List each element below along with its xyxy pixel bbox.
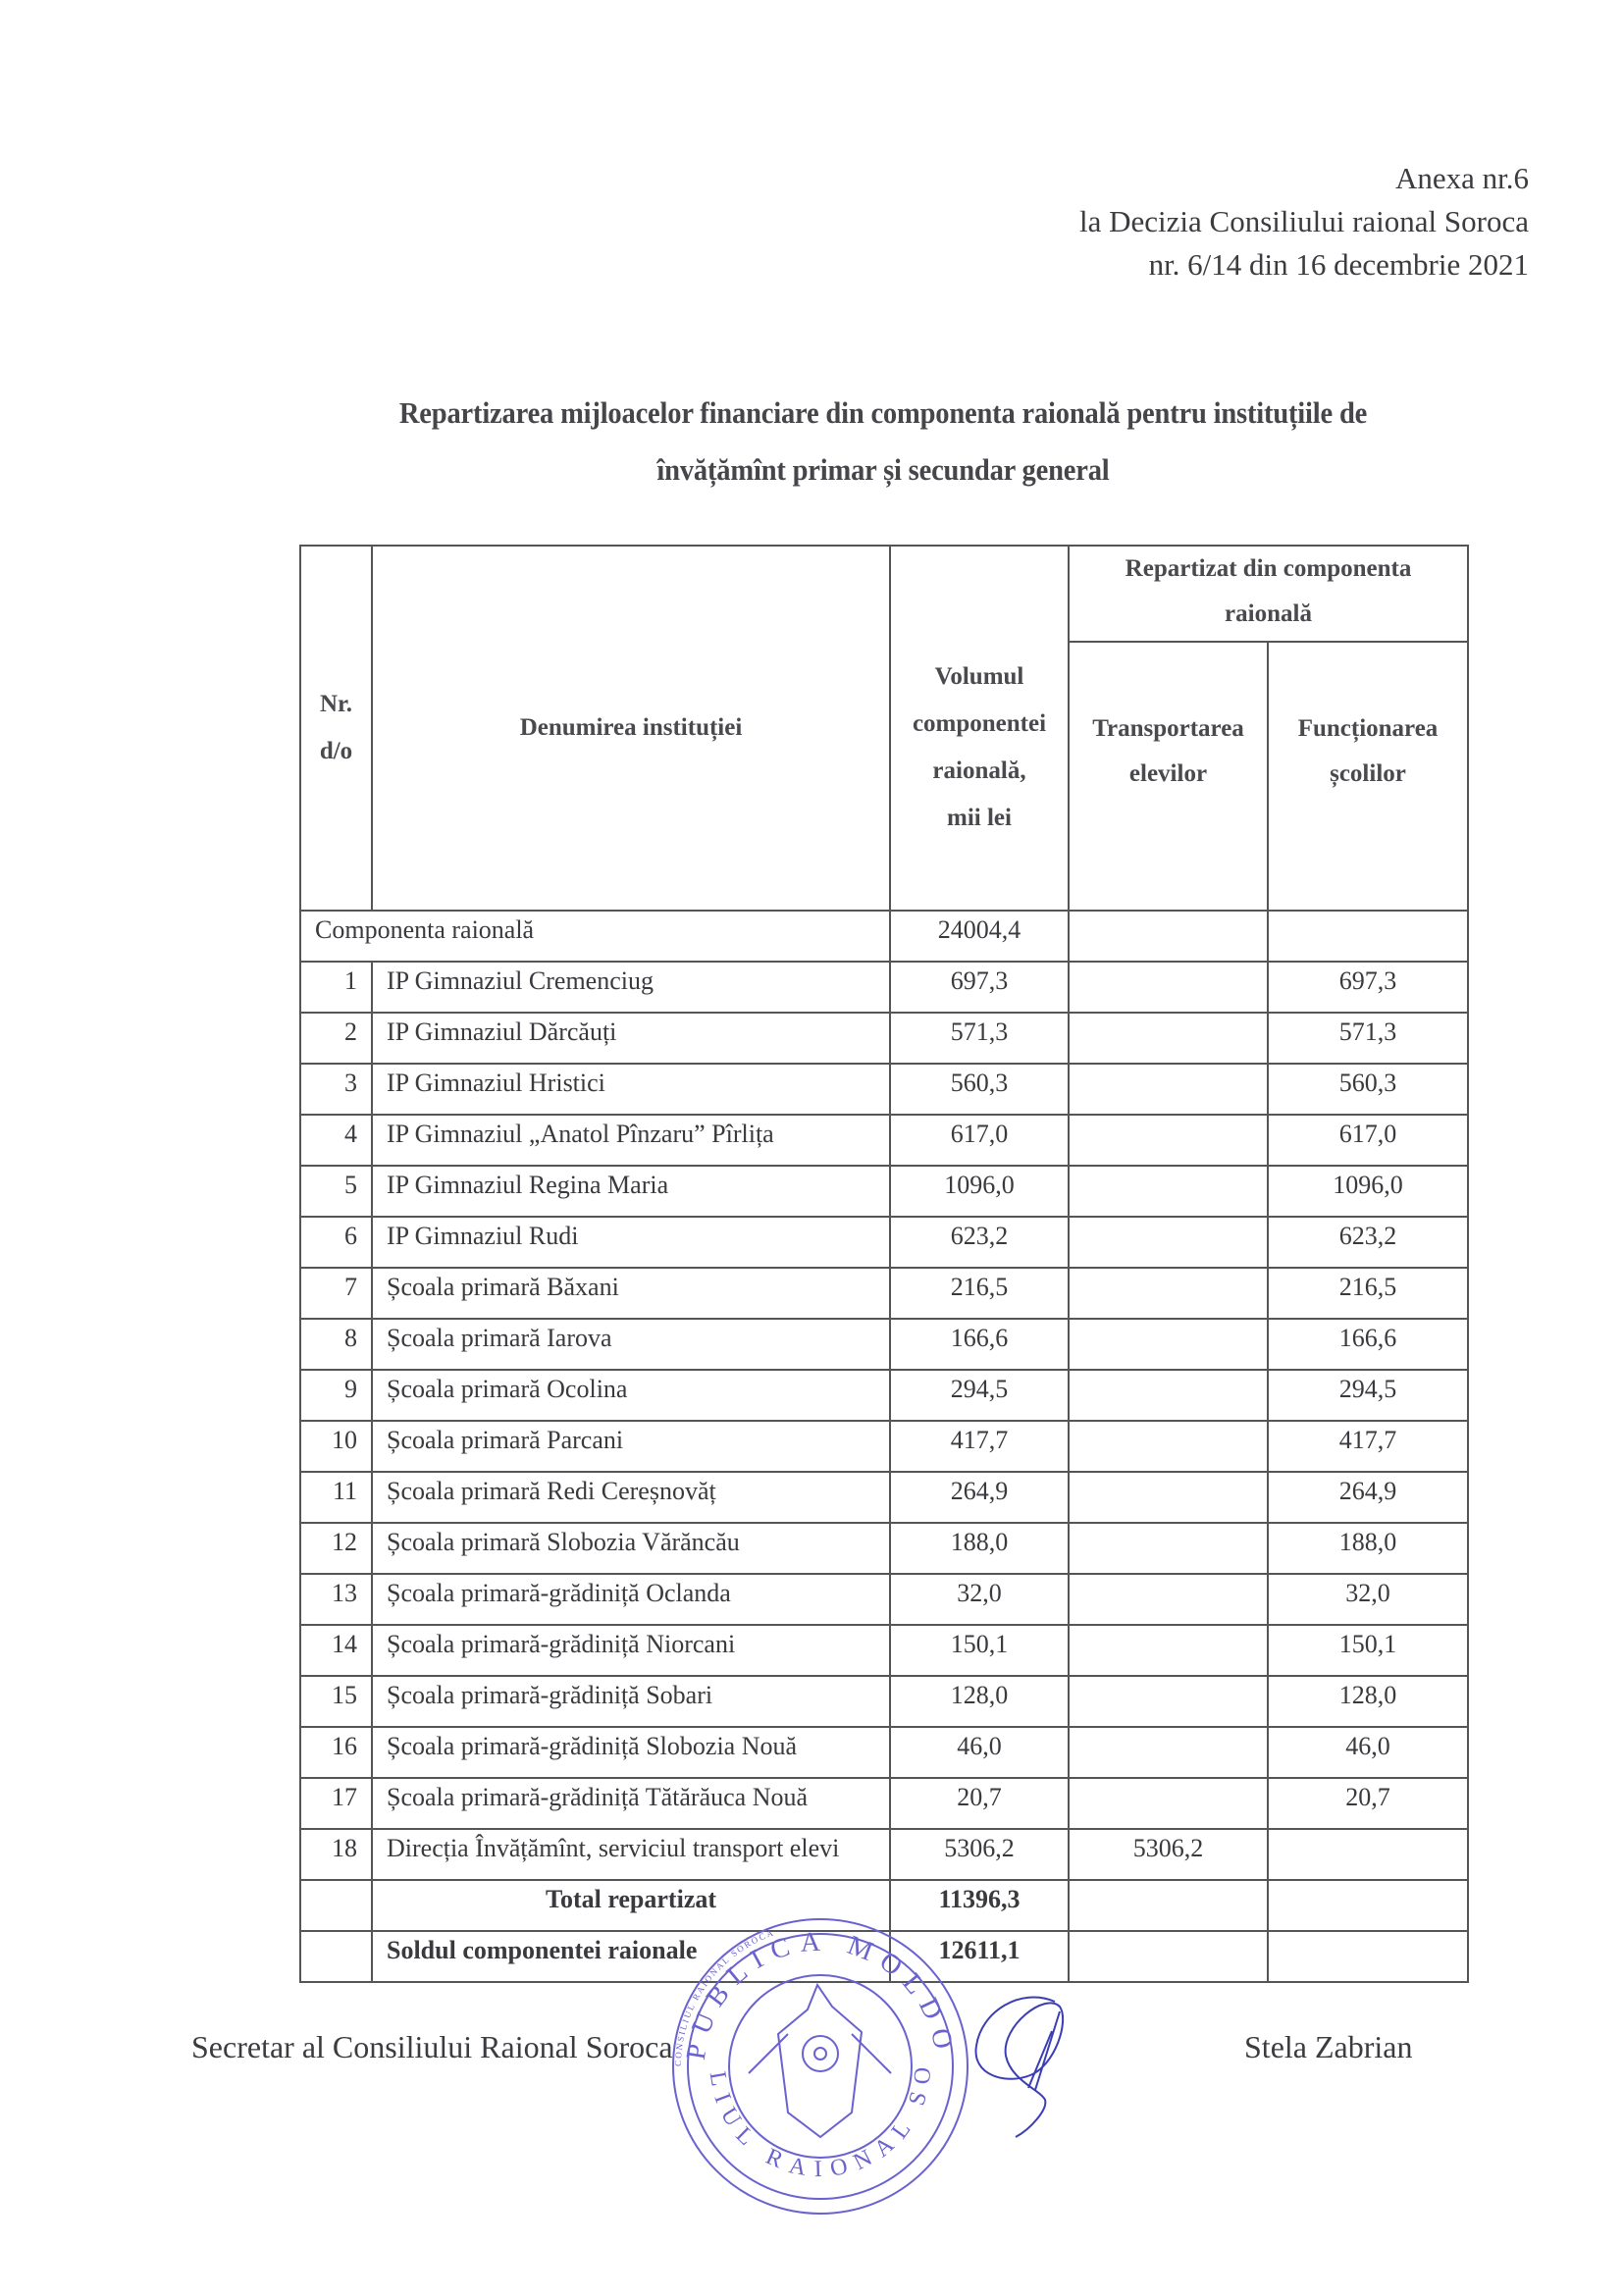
institution-name: IP Gimnaziul Dărcăuți bbox=[372, 1013, 890, 1064]
functioning-value: 166,6 bbox=[1268, 1319, 1468, 1370]
header-volume-line1: Volumul bbox=[891, 653, 1068, 701]
table-row: 16Școala primară-grădiniță Slobozia Nouă… bbox=[300, 1727, 1468, 1778]
annex-reference: Anexa nr.6 la Decizia Consiliului raiona… bbox=[1079, 157, 1529, 287]
table-row: 9Școala primară Ocolina294,5294,5 bbox=[300, 1370, 1468, 1421]
transport-value bbox=[1069, 962, 1268, 1013]
table-row: 4IP Gimnaziul „Anatol Pînzaru” Pîrlița61… bbox=[300, 1115, 1468, 1166]
volume-value: 5306,2 bbox=[890, 1829, 1069, 1880]
transport-value bbox=[1069, 1574, 1268, 1625]
component-label: Componenta raională bbox=[300, 911, 890, 962]
institution-name: IP Gimnaziul Rudi bbox=[372, 1217, 890, 1268]
functioning-value: 697,3 bbox=[1268, 962, 1468, 1013]
transport-value bbox=[1069, 1472, 1268, 1523]
header-group: Repartizat din componenta raională bbox=[1069, 546, 1468, 642]
header-volume-line2: componentei bbox=[891, 701, 1068, 748]
institution-name: Direcția Învățămînt, serviciul transport… bbox=[372, 1829, 890, 1880]
institution-name: Școala primară Băxani bbox=[372, 1268, 890, 1319]
row-number: 18 bbox=[300, 1829, 372, 1880]
handwritten-signature-icon bbox=[962, 1972, 1089, 2139]
row-number: 2 bbox=[300, 1013, 372, 1064]
functioning-value: 417,7 bbox=[1268, 1421, 1468, 1472]
header-transport-line1: Transportarea bbox=[1070, 706, 1267, 752]
header-transport: Transportarea elevilor bbox=[1069, 642, 1268, 911]
functioning-value: 571,3 bbox=[1268, 1013, 1468, 1064]
volume-value: 571,3 bbox=[890, 1013, 1069, 1064]
row-number: 16 bbox=[300, 1727, 372, 1778]
functioning-value: 32,0 bbox=[1268, 1574, 1468, 1625]
transport-value bbox=[1069, 1421, 1268, 1472]
header-transport-line2: elevilor bbox=[1070, 752, 1267, 797]
transport-value bbox=[1069, 1676, 1268, 1727]
table-row: 14Școala primară-grădiniță Niorcani150,1… bbox=[300, 1625, 1468, 1676]
empty-cell bbox=[1069, 1880, 1268, 1931]
functioning-value: 617,0 bbox=[1268, 1115, 1468, 1166]
document-title: Repartizarea mijloacelor financiare din … bbox=[341, 385, 1425, 498]
row-number: 15 bbox=[300, 1676, 372, 1727]
annex-date: nr. 6/14 din 16 decembrie 2021 bbox=[1079, 243, 1529, 287]
functioning-value: 188,0 bbox=[1268, 1523, 1468, 1574]
transport-value bbox=[1069, 1727, 1268, 1778]
volume-value: 216,5 bbox=[890, 1268, 1069, 1319]
table-row: 8Școala primară Iarova166,6166,6 bbox=[300, 1319, 1468, 1370]
functioning-value bbox=[1268, 1829, 1468, 1880]
annex-decision: la Decizia Consiliului raional Soroca bbox=[1079, 200, 1529, 243]
row-number: 13 bbox=[300, 1574, 372, 1625]
empty-cell bbox=[1268, 1880, 1468, 1931]
row-number: 8 bbox=[300, 1319, 372, 1370]
institution-name: Școala primară-grădiniță Sobari bbox=[372, 1676, 890, 1727]
functioning-value: 294,5 bbox=[1268, 1370, 1468, 1421]
header-group-line2: raională bbox=[1070, 592, 1467, 637]
row-number: 12 bbox=[300, 1523, 372, 1574]
row-number: 17 bbox=[300, 1778, 372, 1829]
table-row: 12Școala primară Slobozia Vărăncău188,01… bbox=[300, 1523, 1468, 1574]
header-group-line1: Repartizat din componenta bbox=[1070, 547, 1467, 592]
title-line-2: învățămînt primar și secundar general bbox=[341, 442, 1425, 498]
institution-name: IP Gimnaziul „Anatol Pînzaru” Pîrlița bbox=[372, 1115, 890, 1166]
transport-value bbox=[1069, 1370, 1268, 1421]
table-row: 2IP Gimnaziul Dărcăuți571,3571,3 bbox=[300, 1013, 1468, 1064]
official-stamp-icon: REPUBLICA MOLDOVA CONSILIUL RAIONAL SORO… bbox=[670, 1916, 970, 2217]
table-row: 5IP Gimnaziul Regina Maria1096,01096,0 bbox=[300, 1166, 1468, 1217]
volume-value: 617,0 bbox=[890, 1115, 1069, 1166]
empty-cell bbox=[300, 1880, 372, 1931]
row-number: 1 bbox=[300, 962, 372, 1013]
header-functioning: Funcționarea școlilor bbox=[1268, 642, 1468, 911]
allocation-table: Nr. d/o Denumirea instituției Volumul co… bbox=[299, 545, 1469, 1983]
row-number: 5 bbox=[300, 1166, 372, 1217]
volume-value: 166,6 bbox=[890, 1319, 1069, 1370]
row-number: 7 bbox=[300, 1268, 372, 1319]
functioning-value: 46,0 bbox=[1268, 1727, 1468, 1778]
institution-name: Școala primară Iarova bbox=[372, 1319, 890, 1370]
functioning-value: 150,1 bbox=[1268, 1625, 1468, 1676]
title-line-1: Repartizarea mijloacelor financiare din … bbox=[341, 385, 1425, 442]
volume-value: 623,2 bbox=[890, 1217, 1069, 1268]
volume-value: 294,5 bbox=[890, 1370, 1069, 1421]
institution-name: Școala primară-grădiniță Slobozia Nouă bbox=[372, 1727, 890, 1778]
row-number: 11 bbox=[300, 1472, 372, 1523]
volume-value: 20,7 bbox=[890, 1778, 1069, 1829]
transport-value bbox=[1069, 1625, 1268, 1676]
header-nr: Nr. d/o bbox=[300, 546, 372, 911]
row-number: 3 bbox=[300, 1064, 372, 1115]
header-volume: Volumul componentei raională, mii lei bbox=[890, 546, 1069, 911]
institution-name: IP Gimnaziul Regina Maria bbox=[372, 1166, 890, 1217]
functioning-value: 264,9 bbox=[1268, 1472, 1468, 1523]
empty-cell bbox=[1268, 1931, 1468, 1982]
institution-name: IP Gimnaziul Hristici bbox=[372, 1064, 890, 1115]
empty-cell bbox=[300, 1931, 372, 1982]
volume-value: 417,7 bbox=[890, 1421, 1069, 1472]
volume-value: 560,3 bbox=[890, 1064, 1069, 1115]
signatory-name: Stela Zabrian bbox=[1244, 2029, 1412, 2065]
functioning-value: 216,5 bbox=[1268, 1268, 1468, 1319]
table-row: 10Școala primară Parcani417,7417,7 bbox=[300, 1421, 1468, 1472]
transport-value bbox=[1069, 1523, 1268, 1574]
table-row: 15Școala primară-grădiniță Sobari128,012… bbox=[300, 1676, 1468, 1727]
header-name: Denumirea instituției bbox=[372, 546, 890, 911]
row-number: 4 bbox=[300, 1115, 372, 1166]
header-volume-line3: raională, bbox=[891, 748, 1068, 795]
row-number: 14 bbox=[300, 1625, 372, 1676]
institution-name: Școala primară Slobozia Vărăncău bbox=[372, 1523, 890, 1574]
volume-value: 32,0 bbox=[890, 1574, 1069, 1625]
header-nr-line1: Nr. bbox=[301, 681, 371, 728]
volume-value: 150,1 bbox=[890, 1625, 1069, 1676]
transport-value bbox=[1069, 1064, 1268, 1115]
institution-name: Școala primară-grădiniță Tătărăuca Nouă bbox=[372, 1778, 890, 1829]
row-number: 9 bbox=[300, 1370, 372, 1421]
table-row: 6IP Gimnaziul Rudi623,2623,2 bbox=[300, 1217, 1468, 1268]
component-transport bbox=[1069, 911, 1268, 962]
institution-name: Școala primară-grădiniță Oclanda bbox=[372, 1574, 890, 1625]
functioning-value: 128,0 bbox=[1268, 1676, 1468, 1727]
header-nr-line2: d/o bbox=[301, 728, 371, 775]
header-volume-line4: mii lei bbox=[891, 795, 1068, 842]
transport-value bbox=[1069, 1115, 1268, 1166]
volume-value: 697,3 bbox=[890, 962, 1069, 1013]
volume-value: 128,0 bbox=[890, 1676, 1069, 1727]
transport-value bbox=[1069, 1778, 1268, 1829]
row-number: 6 bbox=[300, 1217, 372, 1268]
annex-number: Anexa nr.6 bbox=[1079, 157, 1529, 200]
header-functioning-line2: școlilor bbox=[1269, 752, 1467, 797]
empty-cell bbox=[1069, 1931, 1268, 1982]
table-row: 1IP Gimnaziul Cremenciug697,3697,3 bbox=[300, 962, 1468, 1013]
table-row: 18Direcția Învățămînt, serviciul transpo… bbox=[300, 1829, 1468, 1880]
signatory-position: Secretar al Consiliului Raional Soroca bbox=[191, 2029, 673, 2065]
table-row: 7Școala primară Băxani216,5216,5 bbox=[300, 1268, 1468, 1319]
table-row: 3IP Gimnaziul Hristici560,3560,3 bbox=[300, 1064, 1468, 1115]
volume-value: 264,9 bbox=[890, 1472, 1069, 1523]
transport-value: 5306,2 bbox=[1069, 1829, 1268, 1880]
volume-value: 1096,0 bbox=[890, 1166, 1069, 1217]
volume-value: 46,0 bbox=[890, 1727, 1069, 1778]
component-volume: 24004,4 bbox=[890, 911, 1069, 962]
functioning-value: 1096,0 bbox=[1268, 1166, 1468, 1217]
functioning-value: 20,7 bbox=[1268, 1778, 1468, 1829]
institution-name: Școala primară Ocolina bbox=[372, 1370, 890, 1421]
functioning-value: 623,2 bbox=[1268, 1217, 1468, 1268]
transport-value bbox=[1069, 1166, 1268, 1217]
institution-name: IP Gimnaziul Cremenciug bbox=[372, 962, 890, 1013]
transport-value bbox=[1069, 1319, 1268, 1370]
transport-value bbox=[1069, 1013, 1268, 1064]
table-row: 13Școala primară-grădiniță Oclanda32,032… bbox=[300, 1574, 1468, 1625]
table-row: 17Școala primară-grădiniță Tătărăuca Nou… bbox=[300, 1778, 1468, 1829]
row-number: 10 bbox=[300, 1421, 372, 1472]
component-functioning bbox=[1268, 911, 1468, 962]
volume-value: 188,0 bbox=[890, 1523, 1069, 1574]
institution-name: Școala primară-grădiniță Niorcani bbox=[372, 1625, 890, 1676]
institution-name: Școala primară Redi Cereșnovăț bbox=[372, 1472, 890, 1523]
component-row: Componenta raională 24004,4 bbox=[300, 911, 1468, 962]
transport-value bbox=[1069, 1217, 1268, 1268]
institution-name: Școala primară Parcani bbox=[372, 1421, 890, 1472]
header-functioning-line1: Funcționarea bbox=[1269, 706, 1467, 752]
functioning-value: 560,3 bbox=[1268, 1064, 1468, 1115]
table-row: 11Școala primară Redi Cereșnovăț264,9264… bbox=[300, 1472, 1468, 1523]
transport-value bbox=[1069, 1268, 1268, 1319]
